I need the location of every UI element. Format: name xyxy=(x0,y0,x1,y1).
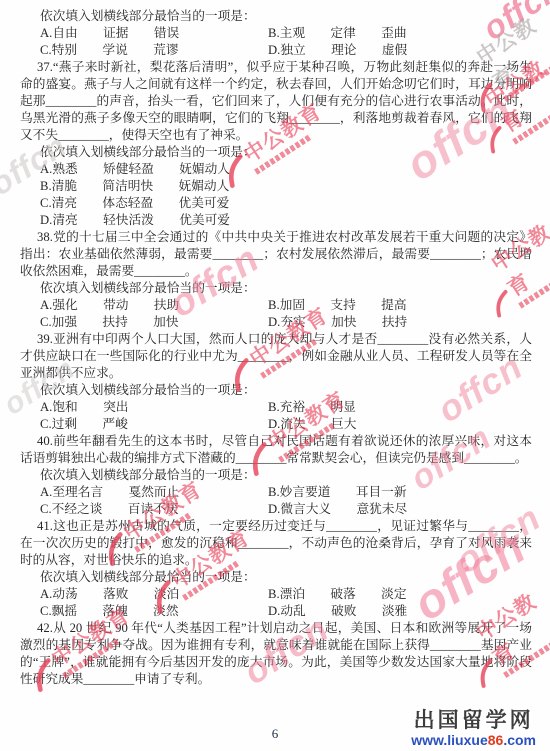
question-38-option-a: A.强化 带动 扶助 xyxy=(40,297,268,314)
site-logo-url: www.liuxue86.com xyxy=(411,732,536,748)
question-38-option-b: B.加固 支持 提高 xyxy=(268,297,407,314)
question-37-option-row-d: D.清亮 轻快活泼 优美可爱 xyxy=(20,212,532,229)
site-url-prefix: www.liuxue xyxy=(411,732,488,748)
question-37-option-c: C.清亮 体态轻盈 优美可爱 xyxy=(40,195,229,212)
question-37-stem: 37.“燕子来时新社，梨花落后清明”，似乎应于某种召唤，万物此刻赶集似的奔赴一场… xyxy=(20,59,532,144)
question-37-option-row-b: B.清脆 简洁明快 妩媚动人 xyxy=(20,178,532,195)
question-37-option-row-a: A.熟悉 矫健轻盈 妩媚动人 xyxy=(20,161,532,178)
question-38-option-d: D.夯实 加快 扶持 xyxy=(268,314,407,331)
question-40-prompt: 依次填入划横线部分最恰当的一项是： xyxy=(20,467,532,484)
exam-content: 依次填入划横线部分最恰当的一项是： A.自由 证据 错误 B.主观 定律 歪曲 … xyxy=(0,0,550,688)
question-41-option-b: B.漂泊 破落 淡定 xyxy=(268,586,407,603)
question-38-options-row-1: A.强化 带动 扶助 B.加固 支持 提高 xyxy=(20,297,532,314)
question-41-option-a: A.动荡 落败 淡泊 xyxy=(40,586,268,603)
prelude-option-c: C.特别 学说 荒谬 xyxy=(40,42,268,59)
question-41-prompt: 依次填入划横线部分最恰当的一项是： xyxy=(20,569,532,586)
question-41-stem: 41.这也正是苏州古城的气质，一定要经历过变迁与________，见证过繁华与_… xyxy=(20,518,532,569)
question-40-option-c: C.不经之谈 百读不厌 xyxy=(40,501,268,518)
question-39-option-b: B.充裕 明显 xyxy=(268,399,356,416)
site-logo-name: 出国留学网 xyxy=(411,704,536,734)
question-37-option-b: B.清脆 简洁明快 妩媚动人 xyxy=(40,178,229,195)
question-39-option-c: C.过剩 严峻 xyxy=(40,416,268,433)
question-40-option-a: A.至理名言 戛然而止 xyxy=(40,484,268,501)
question-41-options-row-2: C.飘摇 落魄 淡然 D.动乱 破败 淡雅 xyxy=(20,603,532,620)
prelude-option-d: D.独立 理论 虚假 xyxy=(268,42,407,59)
question-39-options-row-2: C.过剩 严峻 D.流失 巨大 xyxy=(20,416,532,433)
question-39-stem: 39.亚洲有中印两个人口大国，然而人口的庞大却与人才是否________没有必然… xyxy=(20,331,532,382)
question-41-option-d: D.动乱 破败 淡雅 xyxy=(268,603,407,620)
prelude-option-b: B.主观 定律 歪曲 xyxy=(268,25,407,42)
question-39-option-d: D.流失 巨大 xyxy=(268,416,356,433)
site-logo: 出国留学网 www.liuxue86.com xyxy=(411,704,536,748)
exam-page: 依次填入划横线部分最恰当的一项是： A.自由 证据 错误 B.主观 定律 歪曲 … xyxy=(0,0,550,751)
prelude-prompt: 依次填入划横线部分最恰当的一项是： xyxy=(20,8,532,25)
question-39-option-a: A.饱和 突出 xyxy=(40,399,268,416)
question-38-stem: 38.党的十七届三中全会通过的《中共中央关于推进农村改革发展若干重大问题的决定》… xyxy=(20,229,532,280)
site-url-number: 86 xyxy=(488,732,504,748)
question-40-options-row-1: A.至理名言 戛然而止 B.妙言要道 耳目一新 xyxy=(20,484,532,501)
prelude-options-row-2: C.特别 学说 荒谬 D.独立 理论 虚假 xyxy=(20,42,532,59)
question-39-options-row-1: A.饱和 突出 B.充裕 明显 xyxy=(20,399,532,416)
question-40-stem: 40.前些年翻看先生的这本书时，尽管自己对民国话题有着欲说还休的浓厚兴味，对这本… xyxy=(20,433,532,467)
question-37-prompt: 依次填入划横线部分最恰当的一项是： xyxy=(20,144,532,161)
question-42-stem: 42.从 20 世纪 90 年代“人类基因工程”计划启动之日起，美国、日本和欧洲… xyxy=(20,620,532,688)
question-37-option-a: A.熟悉 矫健轻盈 妩媚动人 xyxy=(40,161,230,178)
question-41-option-c: C.飘摇 落魄 淡然 xyxy=(40,603,268,620)
prelude-options-row-1: A.自由 证据 错误 B.主观 定律 歪曲 xyxy=(20,25,532,42)
question-40-option-b: B.妙言要道 耳目一新 xyxy=(268,484,407,501)
question-38-options-row-2: C.加强 扶持 加快 D.夯实 加快 扶持 xyxy=(20,314,532,331)
question-41-options-row-1: A.动荡 落败 淡泊 B.漂泊 破落 淡定 xyxy=(20,586,532,603)
question-37-option-d: D.清亮 轻快活泼 优美可爱 xyxy=(40,212,230,229)
question-40-options-row-2: C.不经之谈 百读不厌 D.微言大义 意犹未尽 xyxy=(20,501,532,518)
question-38-prompt: 依次填入划横线部分最恰当的一项是： xyxy=(20,280,532,297)
question-37-option-row-c: C.清亮 体态轻盈 优美可爱 xyxy=(20,195,532,212)
prelude-option-a: A.自由 证据 错误 xyxy=(40,25,268,42)
question-40-option-d: D.微言大义 意犹未尽 xyxy=(268,501,407,518)
question-38-option-c: C.加强 扶持 加快 xyxy=(40,314,268,331)
site-url-suffix: .com xyxy=(503,732,536,748)
question-39-prompt: 依次填入划横线部分最恰当的一项是： xyxy=(20,382,532,399)
